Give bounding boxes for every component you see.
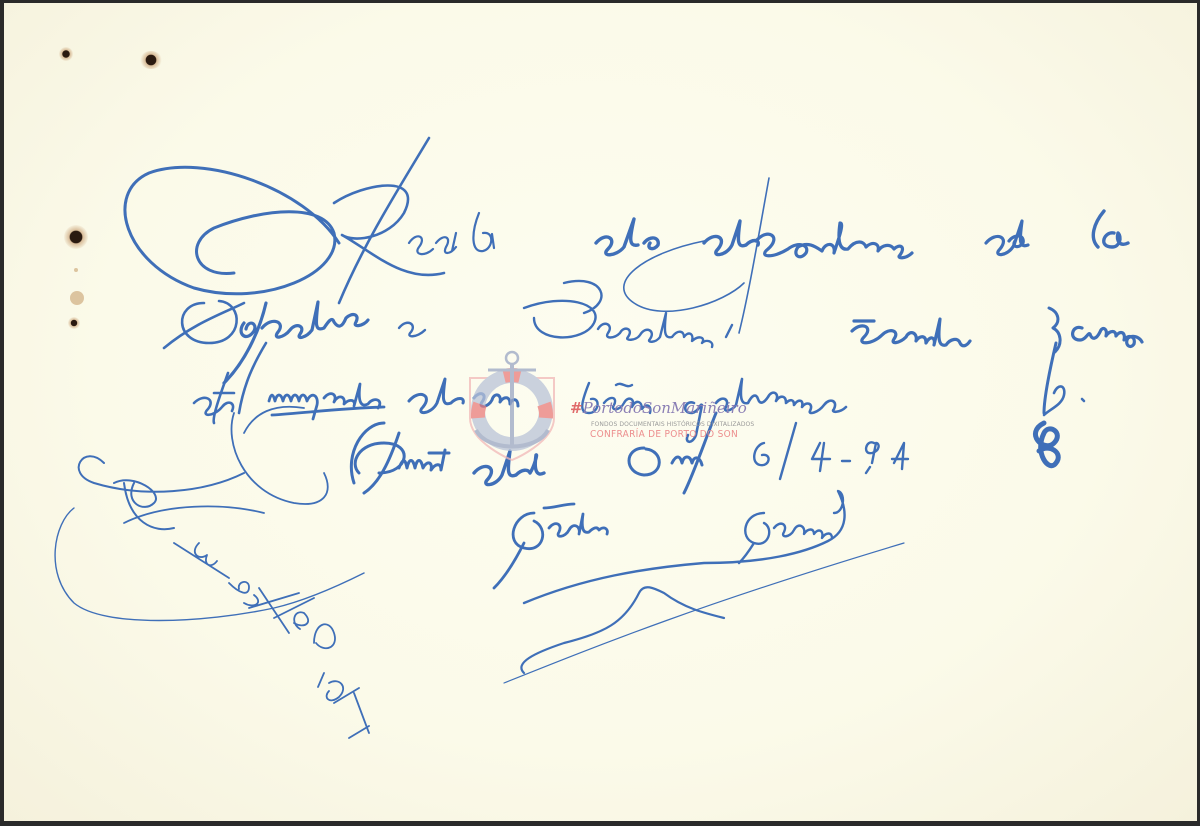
receipt-paper: Recibí del depositario de la Cofradía de… <box>4 3 1197 821</box>
anchor-lifebuoy-icon <box>462 348 562 466</box>
watermark-subtitle: FONDOS DOCUMENTAIS HISTÓRICOS DIXITALIZA… <box>591 421 754 428</box>
watermark-hashtag: #PortodoSonMariñeiro <box>570 399 747 417</box>
hash-symbol: # <box>570 399 583 417</box>
watermark-hashtag-text: PortodoSonMariñeiro <box>583 399 747 417</box>
watermark-organization: CONFRARÍA DE PORTO DO SON <box>590 429 738 440</box>
